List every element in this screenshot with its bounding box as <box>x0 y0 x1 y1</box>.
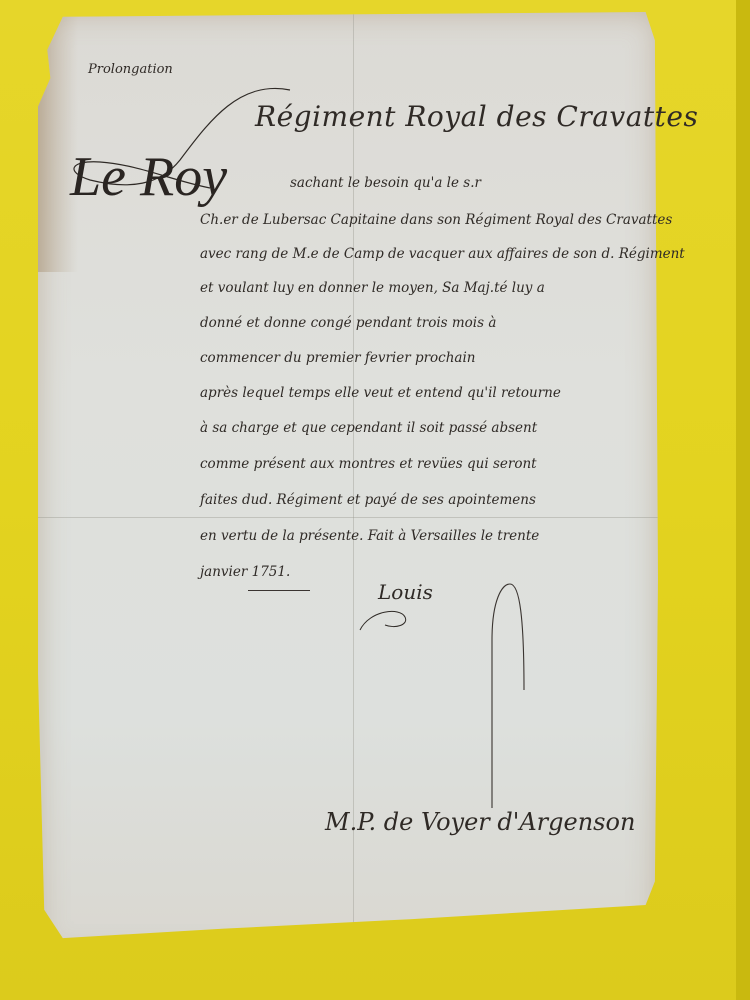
heading-regiment: Régiment Royal des Cravattes <box>255 100 698 133</box>
text-line-7: après lequel temps elle veut et entend q… <box>200 385 561 401</box>
text-line-4: et voulant luy en donner le moyen, Sa Ma… <box>200 280 545 296</box>
date-underline <box>248 590 310 591</box>
margin-note: Prolongation <box>88 62 173 77</box>
text-line-1: sachant le besoin qu'a le s.r <box>290 175 481 191</box>
text-line-10: faites dud. Régiment et payé de ses apoi… <box>200 492 536 508</box>
fold-line-horizontal <box>38 517 658 518</box>
text-line-9: comme présent aux montres et revües qui … <box>200 456 537 472</box>
text-line-6: commencer du premier fevrier prochain <box>200 350 476 366</box>
opening-le-roy: Le Roy <box>70 145 227 209</box>
text-line-12-date: janvier 1751. <box>200 564 290 580</box>
text-line-8: à sa charge et que cependant il soit pas… <box>200 420 537 436</box>
text-line-11: en vertu de la présente. Fait à Versaill… <box>200 528 539 544</box>
countersignature: M.P. de Voyer d'Argenson <box>325 808 635 836</box>
paraph-stroke <box>488 580 528 810</box>
text-line-2: Ch.er de Lubersac Capitaine dans son Rég… <box>200 212 672 228</box>
text-line-5: donné et donne congé pendant trois mois … <box>200 315 496 331</box>
signature-flourish <box>355 605 415 635</box>
signature-louis: Louis <box>378 580 433 604</box>
background-edge <box>736 0 750 1000</box>
text-line-3: avec rang de M.e de Camp de vacquer aux … <box>200 246 685 262</box>
